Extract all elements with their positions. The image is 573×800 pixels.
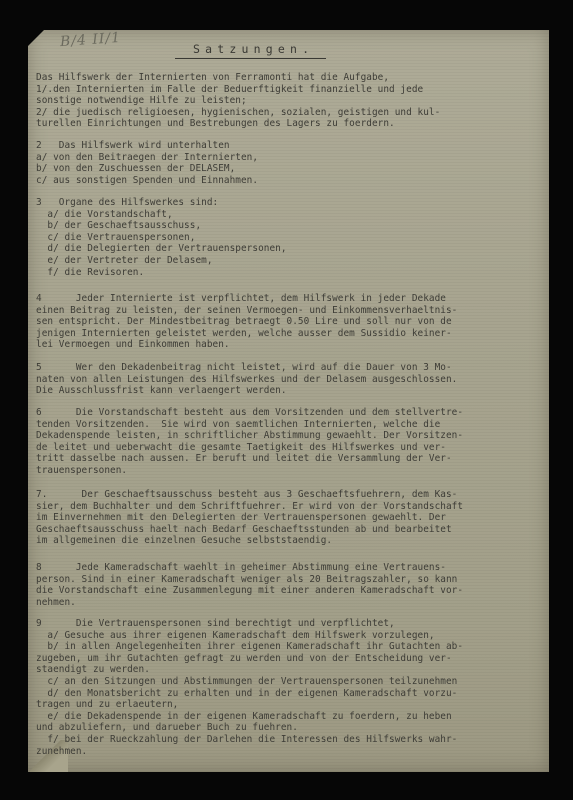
text-line: b/ in allen Angelegenheiten ihrer eigene… — [36, 641, 542, 653]
text-line: a/ Gesuche aus ihrer eigenen Kameradscha… — [36, 630, 542, 642]
text-line: jenigen Internierten geleistet werden, w… — [36, 328, 542, 340]
text-line: die Vorstandschaft eine Zusammenlegung m… — [36, 585, 542, 597]
text-line: f/ die Revisoren. — [36, 267, 542, 279]
text-line: 2 Das Hilfswerk wird unterhalten — [36, 140, 542, 152]
text-line: sen entspricht. Der Mindestbeitrag betra… — [36, 316, 542, 328]
text-line: trauenspersonen. — [36, 465, 542, 477]
text-line: tritt dasselbe nach aussen. Er beruft un… — [36, 453, 542, 465]
text-line: im allgemeinen die einzelnen Gesuche sel… — [36, 535, 542, 547]
text-line: turellen Einrichtungen und Bestrebungen … — [36, 118, 542, 130]
text-line: c/ aus sonstigen Spenden und Einnahmen. — [36, 175, 542, 187]
text-line: f/ bei der Rueckzahlung der Darlehen die… — [36, 734, 542, 746]
section-4: 4 Jeder Internierte ist verpflichtet, de… — [36, 293, 542, 351]
text-line: 1/.den Internierten im Falle der Beduerf… — [36, 84, 542, 96]
section-2: 2 Das Hilfswerk wird unterhaltena/ von d… — [36, 140, 542, 186]
text-line: staendigt zu werden. — [36, 664, 542, 676]
text-line: 3 Organe des Hilfswerkes sind: — [36, 197, 542, 209]
text-line: d/ die Delegierten der Vertrauenspersone… — [36, 243, 542, 255]
text-line: im Einvernehmen mit den Delegierten der … — [36, 512, 542, 524]
text-line: 9 Die Vertrauenspersonen sind berechtigt… — [36, 618, 542, 630]
text-line: 6 Die Vorstandschaft besteht aus dem Vor… — [36, 407, 542, 419]
text-line: nehmen. — [36, 597, 542, 609]
text-line: person. Sind in einer Kameradschaft weni… — [36, 574, 542, 586]
text-line: lei Vermoegen und Einkommen haben. — [36, 339, 542, 351]
text-line: Die Ausschlussfrist kann verlaengert wer… — [36, 385, 542, 397]
text-line: naten von allen Leistungen des Hilfswerk… — [36, 374, 542, 386]
text-line: d/ den Monatsbericht zu erhalten und in … — [36, 688, 542, 700]
text-line: sier, dem Buchhalter und dem Schriftfueh… — [36, 501, 542, 513]
text-line: zunehmen. — [36, 746, 542, 758]
text-line: sonstige notwendige Hilfe zu leisten; — [36, 95, 542, 107]
text-line: a/ von den Beitraegen der Internierten, — [36, 152, 542, 164]
document-title: Satzungen. — [175, 42, 326, 59]
text-line: b/ der Geschaeftsausschuss, — [36, 220, 542, 232]
text-line: Dekadenspende leisten, in schriftlicher … — [36, 430, 542, 442]
text-line: tenden Vorsitzenden. Sie wird von saemtl… — [36, 419, 542, 431]
section-5: 5 Wer den Dekadenbeitrag nicht leistet, … — [36, 362, 542, 397]
text-line: 8 Jede Kameradschaft waehlt in geheimer … — [36, 562, 542, 574]
text-line: de leitet und ueberwacht die gesamte Tae… — [36, 442, 542, 454]
section-7: 7. Der Geschaeftsausschuss besteht aus 3… — [36, 489, 542, 547]
text-line: tragen und zu erlaeutern, — [36, 699, 542, 711]
text-line: 7. Der Geschaeftsausschuss besteht aus 3… — [36, 489, 542, 501]
text-line: a/ die Vorstandschaft, — [36, 209, 542, 221]
text-line: Geschaeftsausschuss haelt nach Bedarf Ge… — [36, 524, 542, 536]
section-3: 3 Organe des Hilfswerkes sind: a/ die Vo… — [36, 197, 542, 278]
text-line: einen Beitrag zu leisten, der seinen Ver… — [36, 305, 542, 317]
text-line: 4 Jeder Internierte ist verpflichtet, de… — [36, 293, 542, 305]
text-line: 2/ die juedisch religioesen, hygienische… — [36, 107, 542, 119]
folded-corner — [28, 30, 44, 46]
text-line: e/ die Dekadenspende in der eigenen Kame… — [36, 711, 542, 723]
section-6: 6 Die Vorstandschaft besteht aus dem Vor… — [36, 407, 542, 477]
text-line: Das Hilfswerk der Internierten von Ferra… — [36, 72, 542, 84]
text-line: und abzuliefern, und darueber Buch zu fu… — [36, 722, 542, 734]
text-line: c/ die Vertrauenspersonen, — [36, 232, 542, 244]
section-9: 9 Die Vertrauenspersonen sind berechtigt… — [36, 618, 542, 757]
text-line: 5 Wer den Dekadenbeitrag nicht leistet, … — [36, 362, 542, 374]
text-line: c/ an den Sitzungen und Abstimmungen der… — [36, 676, 542, 688]
text-line: zugeben, um ihr Gutachten gefragt zu wer… — [36, 653, 542, 665]
section-intro: Das Hilfswerk der Internierten von Ferra… — [36, 72, 542, 130]
text-line: e/ der Vertreter der Delasem, — [36, 255, 542, 267]
text-line: b/ von den Zuschuessen der DELASEM, — [36, 163, 542, 175]
section-8: 8 Jede Kameradschaft waehlt in geheimer … — [36, 562, 542, 608]
